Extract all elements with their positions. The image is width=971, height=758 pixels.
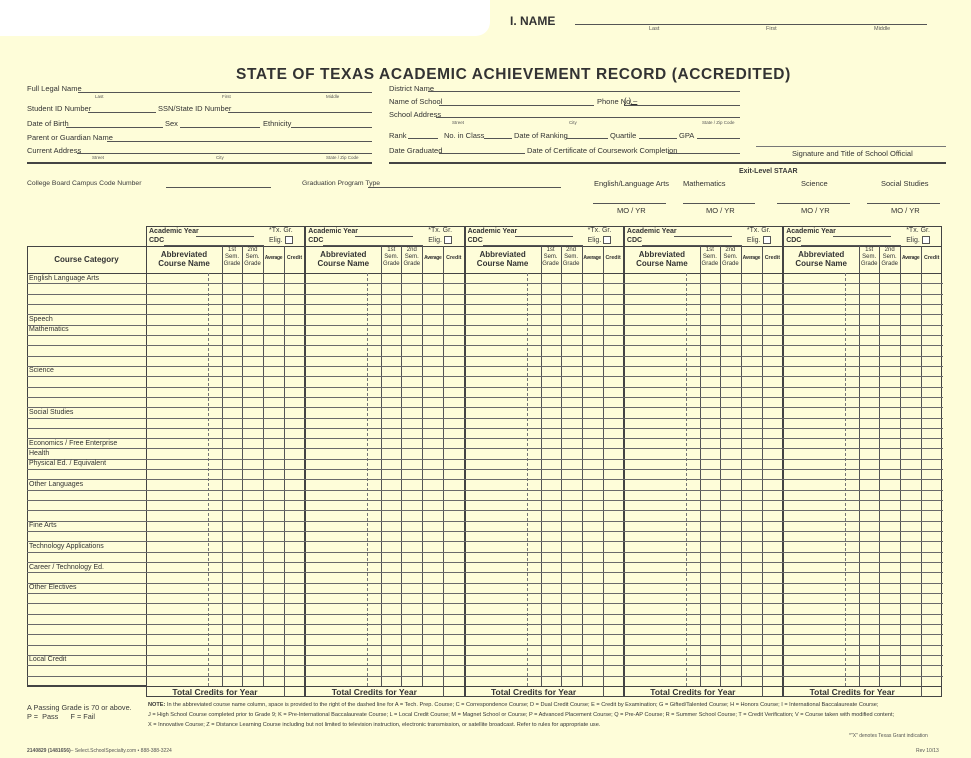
table-row[interactable] xyxy=(147,635,942,644)
mo-yr-label: MO / YR xyxy=(801,206,830,215)
staar-subject-math: Mathematics xyxy=(683,179,726,188)
parent-field[interactable] xyxy=(107,141,372,142)
staar-subject-ela: English/Language Arts xyxy=(594,179,669,188)
pass-fail-legend: P = Pass F = Fail xyxy=(27,712,95,721)
note-text-1: In the abbreviated course name column, s… xyxy=(165,702,878,708)
tx-grant-checkbox[interactable] xyxy=(444,236,452,244)
table-row[interactable] xyxy=(147,656,942,665)
mo-yr-label: MO / YR xyxy=(617,206,646,215)
name-sub-first: First xyxy=(766,26,777,32)
course-category-label: Science xyxy=(29,367,54,374)
staar-date-math[interactable] xyxy=(683,203,755,204)
tx-grant-label: *Tx. Gr. xyxy=(428,227,452,234)
academic-year-field[interactable] xyxy=(196,236,254,237)
dob-label: Date of Birth xyxy=(27,119,69,128)
course-category-label: Health xyxy=(29,450,49,457)
course-category-label: Other Languages xyxy=(29,481,83,488)
elig-label: Elig. xyxy=(588,236,612,244)
divider xyxy=(740,162,946,164)
table-row[interactable] xyxy=(147,625,942,634)
sem1-header: 1stSem.Grade xyxy=(381,247,401,268)
average-header: Average xyxy=(422,255,443,261)
name-sub-last: Last xyxy=(649,26,659,32)
date-ranking-label: Date of Ranking xyxy=(514,131,568,140)
ethnicity-field[interactable] xyxy=(291,127,372,128)
name-sub-middle: Middle xyxy=(874,26,890,32)
table-row[interactable] xyxy=(147,615,942,624)
ssn-label: SSN/State ID Number xyxy=(158,104,231,113)
total-credits-label: Total Credits for Year xyxy=(624,687,762,697)
table-row[interactable] xyxy=(147,439,942,448)
cdc-label: CDC xyxy=(468,237,483,244)
sem2-header: 2ndSem.Grade xyxy=(879,247,900,268)
tx-grant-checkbox[interactable] xyxy=(285,236,293,244)
folder-tab-cutout xyxy=(0,0,490,36)
elig-label: Elig. xyxy=(906,236,930,244)
table-row[interactable] xyxy=(147,295,942,304)
sem1-header: 1stSem.Grade xyxy=(700,247,720,268)
staar-date-science[interactable] xyxy=(777,203,850,204)
academic-year-field[interactable] xyxy=(515,236,573,237)
table-row[interactable] xyxy=(147,419,942,428)
note-line-1: NOTE: In the abbreviated course name col… xyxy=(148,702,878,708)
address-field[interactable] xyxy=(77,153,372,154)
date-ranking-field[interactable] xyxy=(566,138,608,139)
address-sub-state: State / Zip Code xyxy=(326,155,359,160)
academic-year-label: Academic Year xyxy=(786,228,836,235)
tx-grant-checkbox[interactable] xyxy=(603,236,611,244)
table-row[interactable] xyxy=(147,305,942,314)
grad-type-label: Graduation Program Type xyxy=(302,180,380,187)
table-row[interactable] xyxy=(147,408,942,417)
name-field[interactable] xyxy=(575,24,927,25)
cdc-label: CDC xyxy=(149,237,164,244)
academic-year-field[interactable] xyxy=(674,236,732,237)
tx-grant-checkbox[interactable] xyxy=(922,236,930,244)
course-category-label: Other Electives xyxy=(29,584,76,591)
table-row[interactable] xyxy=(147,274,942,283)
gpa-label: GPA xyxy=(679,131,694,140)
credit-header: Credit xyxy=(443,255,464,261)
table-row[interactable] xyxy=(147,646,942,655)
academic-year-field[interactable] xyxy=(833,236,891,237)
note-line-2: J = High School Course completed prior t… xyxy=(148,712,894,718)
course-category-label: Speech xyxy=(29,316,53,323)
sub-middle: Middle xyxy=(326,94,339,99)
table-row[interactable] xyxy=(147,563,942,572)
date-graduated-label: Date Graduated xyxy=(389,146,442,155)
divider xyxy=(27,162,372,164)
tx-grant-label: *Tx. Gr. xyxy=(906,227,930,234)
passing-grade-note: A Passing Grade is 70 or above. xyxy=(27,703,132,712)
school-sub-state: State / Zip Code xyxy=(702,120,735,125)
signature-field[interactable] xyxy=(756,146,946,147)
table-row[interactable] xyxy=(147,522,942,531)
sem2-header: 2ndSem.Grade xyxy=(242,247,263,268)
tx-grant-label: *Tx. Gr. xyxy=(588,227,612,234)
staar-date-ela[interactable] xyxy=(593,203,666,204)
grad-type-field[interactable] xyxy=(368,187,561,188)
table-row[interactable] xyxy=(147,346,942,355)
sem2-header: 2ndSem.Grade xyxy=(561,247,582,268)
form-id: 2140829 (1481656) xyxy=(27,748,71,754)
academic-year-label: Academic Year xyxy=(627,228,677,235)
table-bottom xyxy=(27,686,146,687)
credit-header: Credit xyxy=(921,255,942,261)
sem2-header: 2ndSem.Grade xyxy=(720,247,741,268)
abbrev-course-header: AbbreviatedCourse Name xyxy=(783,250,859,268)
staar-subject-science: Science xyxy=(801,179,828,188)
total-credits-label: Total Credits for Year xyxy=(465,687,603,697)
staar-title: Exit-Level STAAR xyxy=(739,168,798,175)
date-certificate-label: Date of Certificate of Coursework Comple… xyxy=(527,146,677,155)
student-id-label: Student ID Number xyxy=(27,104,91,113)
course-category-label: Fine Arts xyxy=(29,522,57,529)
staar-date-social[interactable] xyxy=(867,203,940,204)
table-row[interactable] xyxy=(147,470,942,479)
no-in-class-label: No. in Class xyxy=(444,131,484,140)
school-address-field[interactable] xyxy=(436,117,740,118)
school-address-label: School Address xyxy=(389,110,441,119)
course-category-label: Technology Applications xyxy=(29,543,104,550)
abbrev-course-header: AbbreviatedCourse Name xyxy=(624,250,700,268)
campus-code-field[interactable] xyxy=(166,187,271,188)
total-credits-field[interactable] xyxy=(604,687,624,696)
table-row[interactable] xyxy=(147,326,942,335)
elig-label: Elig. xyxy=(269,236,293,244)
table-row[interactable] xyxy=(147,480,942,489)
abbrev-course-header: AbbreviatedCourse Name xyxy=(305,250,381,268)
table-row[interactable] xyxy=(147,357,942,366)
total-credits-field[interactable] xyxy=(285,687,305,696)
school-name-label: Name of School xyxy=(389,97,442,106)
total-credits-label: Total Credits for Year xyxy=(146,687,284,697)
table-row[interactable] xyxy=(147,449,942,458)
cdc-label: CDC xyxy=(627,237,642,244)
full-legal-name-field[interactable] xyxy=(78,92,372,93)
total-credits-field[interactable] xyxy=(444,687,464,696)
average-header: Average xyxy=(741,255,762,261)
table-row[interactable] xyxy=(147,604,942,613)
credit-header: Credit xyxy=(762,255,783,261)
date-graduated-field[interactable] xyxy=(439,153,525,154)
table-row[interactable] xyxy=(147,532,942,541)
credit-header: Credit xyxy=(603,255,624,261)
course-category-label: Local Credit xyxy=(29,656,66,663)
page-title: STATE OF TEXAS ACADEMIC ACHIEVEMENT RECO… xyxy=(236,66,791,84)
total-credits-field[interactable] xyxy=(763,687,783,696)
table-row[interactable] xyxy=(147,491,942,500)
rank-label: Rank xyxy=(389,131,407,140)
course-category-label: Mathematics xyxy=(29,326,69,333)
table-row[interactable] xyxy=(147,501,942,510)
table-row[interactable] xyxy=(147,553,942,562)
course-category-label: English Language Arts xyxy=(29,275,99,282)
elig-label: Elig. xyxy=(747,236,771,244)
average-header: Average xyxy=(582,255,603,261)
table-row[interactable] xyxy=(147,542,942,551)
student-id-field[interactable] xyxy=(88,112,156,113)
sub-last: Last xyxy=(95,94,104,99)
quartile-label: Quartile xyxy=(610,131,636,140)
tx-grant-label: *Tx. Gr. xyxy=(269,227,293,234)
table-row[interactable] xyxy=(147,315,942,324)
total-credits-label: Total Credits for Year xyxy=(783,687,921,697)
table-row[interactable] xyxy=(147,388,942,397)
tx-grant-checkbox[interactable] xyxy=(763,236,771,244)
staar-subject-social: Social Studies xyxy=(881,179,929,188)
table-row[interactable] xyxy=(147,336,942,345)
table-row[interactable] xyxy=(147,584,942,593)
note-line-3: X = Innovative Course; Z = Distance Lear… xyxy=(148,722,600,728)
school-name-field[interactable] xyxy=(439,105,594,106)
divider xyxy=(389,162,740,164)
tx-grant-label: *Tx. Gr. xyxy=(747,227,771,234)
sex-field[interactable] xyxy=(180,127,260,128)
name-label: I. NAME xyxy=(510,14,555,28)
credit-header: Credit xyxy=(284,255,305,261)
sub-first: First xyxy=(222,94,231,99)
address-sub-city: City xyxy=(216,155,224,160)
total-credits-field[interactable] xyxy=(922,687,942,696)
parent-label: Parent or Guardian Name xyxy=(27,133,113,142)
sem1-header: 1stSem.Grade xyxy=(222,247,242,268)
district-field[interactable] xyxy=(428,91,740,92)
sem2-header: 2ndSem.Grade xyxy=(401,247,422,268)
abbrev-course-header: AbbreviatedCourse Name xyxy=(465,250,541,268)
elig-label: Elig. xyxy=(428,236,452,244)
average-header: Average xyxy=(263,255,284,261)
rank-field[interactable] xyxy=(408,138,438,139)
table-row[interactable] xyxy=(147,511,942,520)
course-category-label: Physical Ed. / Equivalent xyxy=(29,460,106,467)
average-header: Average xyxy=(900,255,921,261)
form-footer: 2140829 (1481656)– Select.SchoolSpecialt… xyxy=(27,748,172,754)
full-legal-name-label: Full Legal Name xyxy=(27,84,82,93)
phone-field[interactable] xyxy=(624,105,740,106)
mo-yr-label: MO / YR xyxy=(706,206,735,215)
campus-code-label: College Board Campus Code Number xyxy=(27,180,141,187)
table-row[interactable] xyxy=(147,573,942,582)
note-label: NOTE: xyxy=(148,702,165,708)
school-sub-street: Street xyxy=(452,120,464,125)
sex-label: Sex xyxy=(165,119,178,128)
table-row[interactable] xyxy=(147,429,942,438)
table-row[interactable] xyxy=(147,666,942,675)
ethnicity-label: Ethnicity xyxy=(263,119,291,128)
table-row[interactable] xyxy=(147,398,942,407)
course-category-label: Social Studies xyxy=(29,409,73,416)
grant-note: *"X" denotes Texas Grant indication xyxy=(849,733,928,739)
course-category-label: Economics / Free Enterprise xyxy=(29,440,117,447)
table-row[interactable] xyxy=(147,677,942,686)
abbrev-course-header: AbbreviatedCourse Name xyxy=(146,250,222,268)
academic-year-field[interactable] xyxy=(355,236,413,237)
course-category-label: Career / Technology Ed. xyxy=(29,564,104,571)
total-credits-label: Total Credits for Year xyxy=(305,687,443,697)
mo-yr-label: MO / YR xyxy=(891,206,920,215)
date-certificate-field[interactable] xyxy=(668,153,740,154)
table-row[interactable] xyxy=(147,367,942,376)
revision: Rev 10/13 xyxy=(916,748,939,754)
sem1-header: 1stSem.Grade xyxy=(541,247,561,268)
course-category-header: Course Category xyxy=(27,255,146,264)
sem1-header: 1stSem.Grade xyxy=(859,247,879,268)
table-row[interactable] xyxy=(147,284,942,293)
table-row[interactable] xyxy=(147,594,942,603)
no-in-class-field[interactable] xyxy=(484,138,512,139)
school-sub-city: City xyxy=(569,120,577,125)
publisher: – Select.SchoolSpecialty.com • 888-388-3… xyxy=(71,748,172,754)
signature-label: Signature and Title of School Official xyxy=(792,149,913,158)
cdc-label: CDC xyxy=(786,237,801,244)
cdc-label: CDC xyxy=(308,237,323,244)
address-sub-street: Street xyxy=(92,155,104,160)
ssn-field[interactable] xyxy=(228,112,372,113)
academic-year-label: Academic Year xyxy=(308,228,358,235)
gpa-field[interactable] xyxy=(697,138,740,139)
dob-field[interactable] xyxy=(66,127,163,128)
academic-year-label: Academic Year xyxy=(149,228,199,235)
table-row[interactable] xyxy=(147,377,942,386)
record-form: I. NAME Last First Middle STATE OF TEXAS… xyxy=(0,0,971,758)
phone-format: ( ) – xyxy=(624,96,637,105)
quartile-field[interactable] xyxy=(639,138,677,139)
table-row[interactable] xyxy=(147,460,942,469)
address-label: Current Address xyxy=(27,146,81,155)
academic-year-label: Academic Year xyxy=(468,228,518,235)
